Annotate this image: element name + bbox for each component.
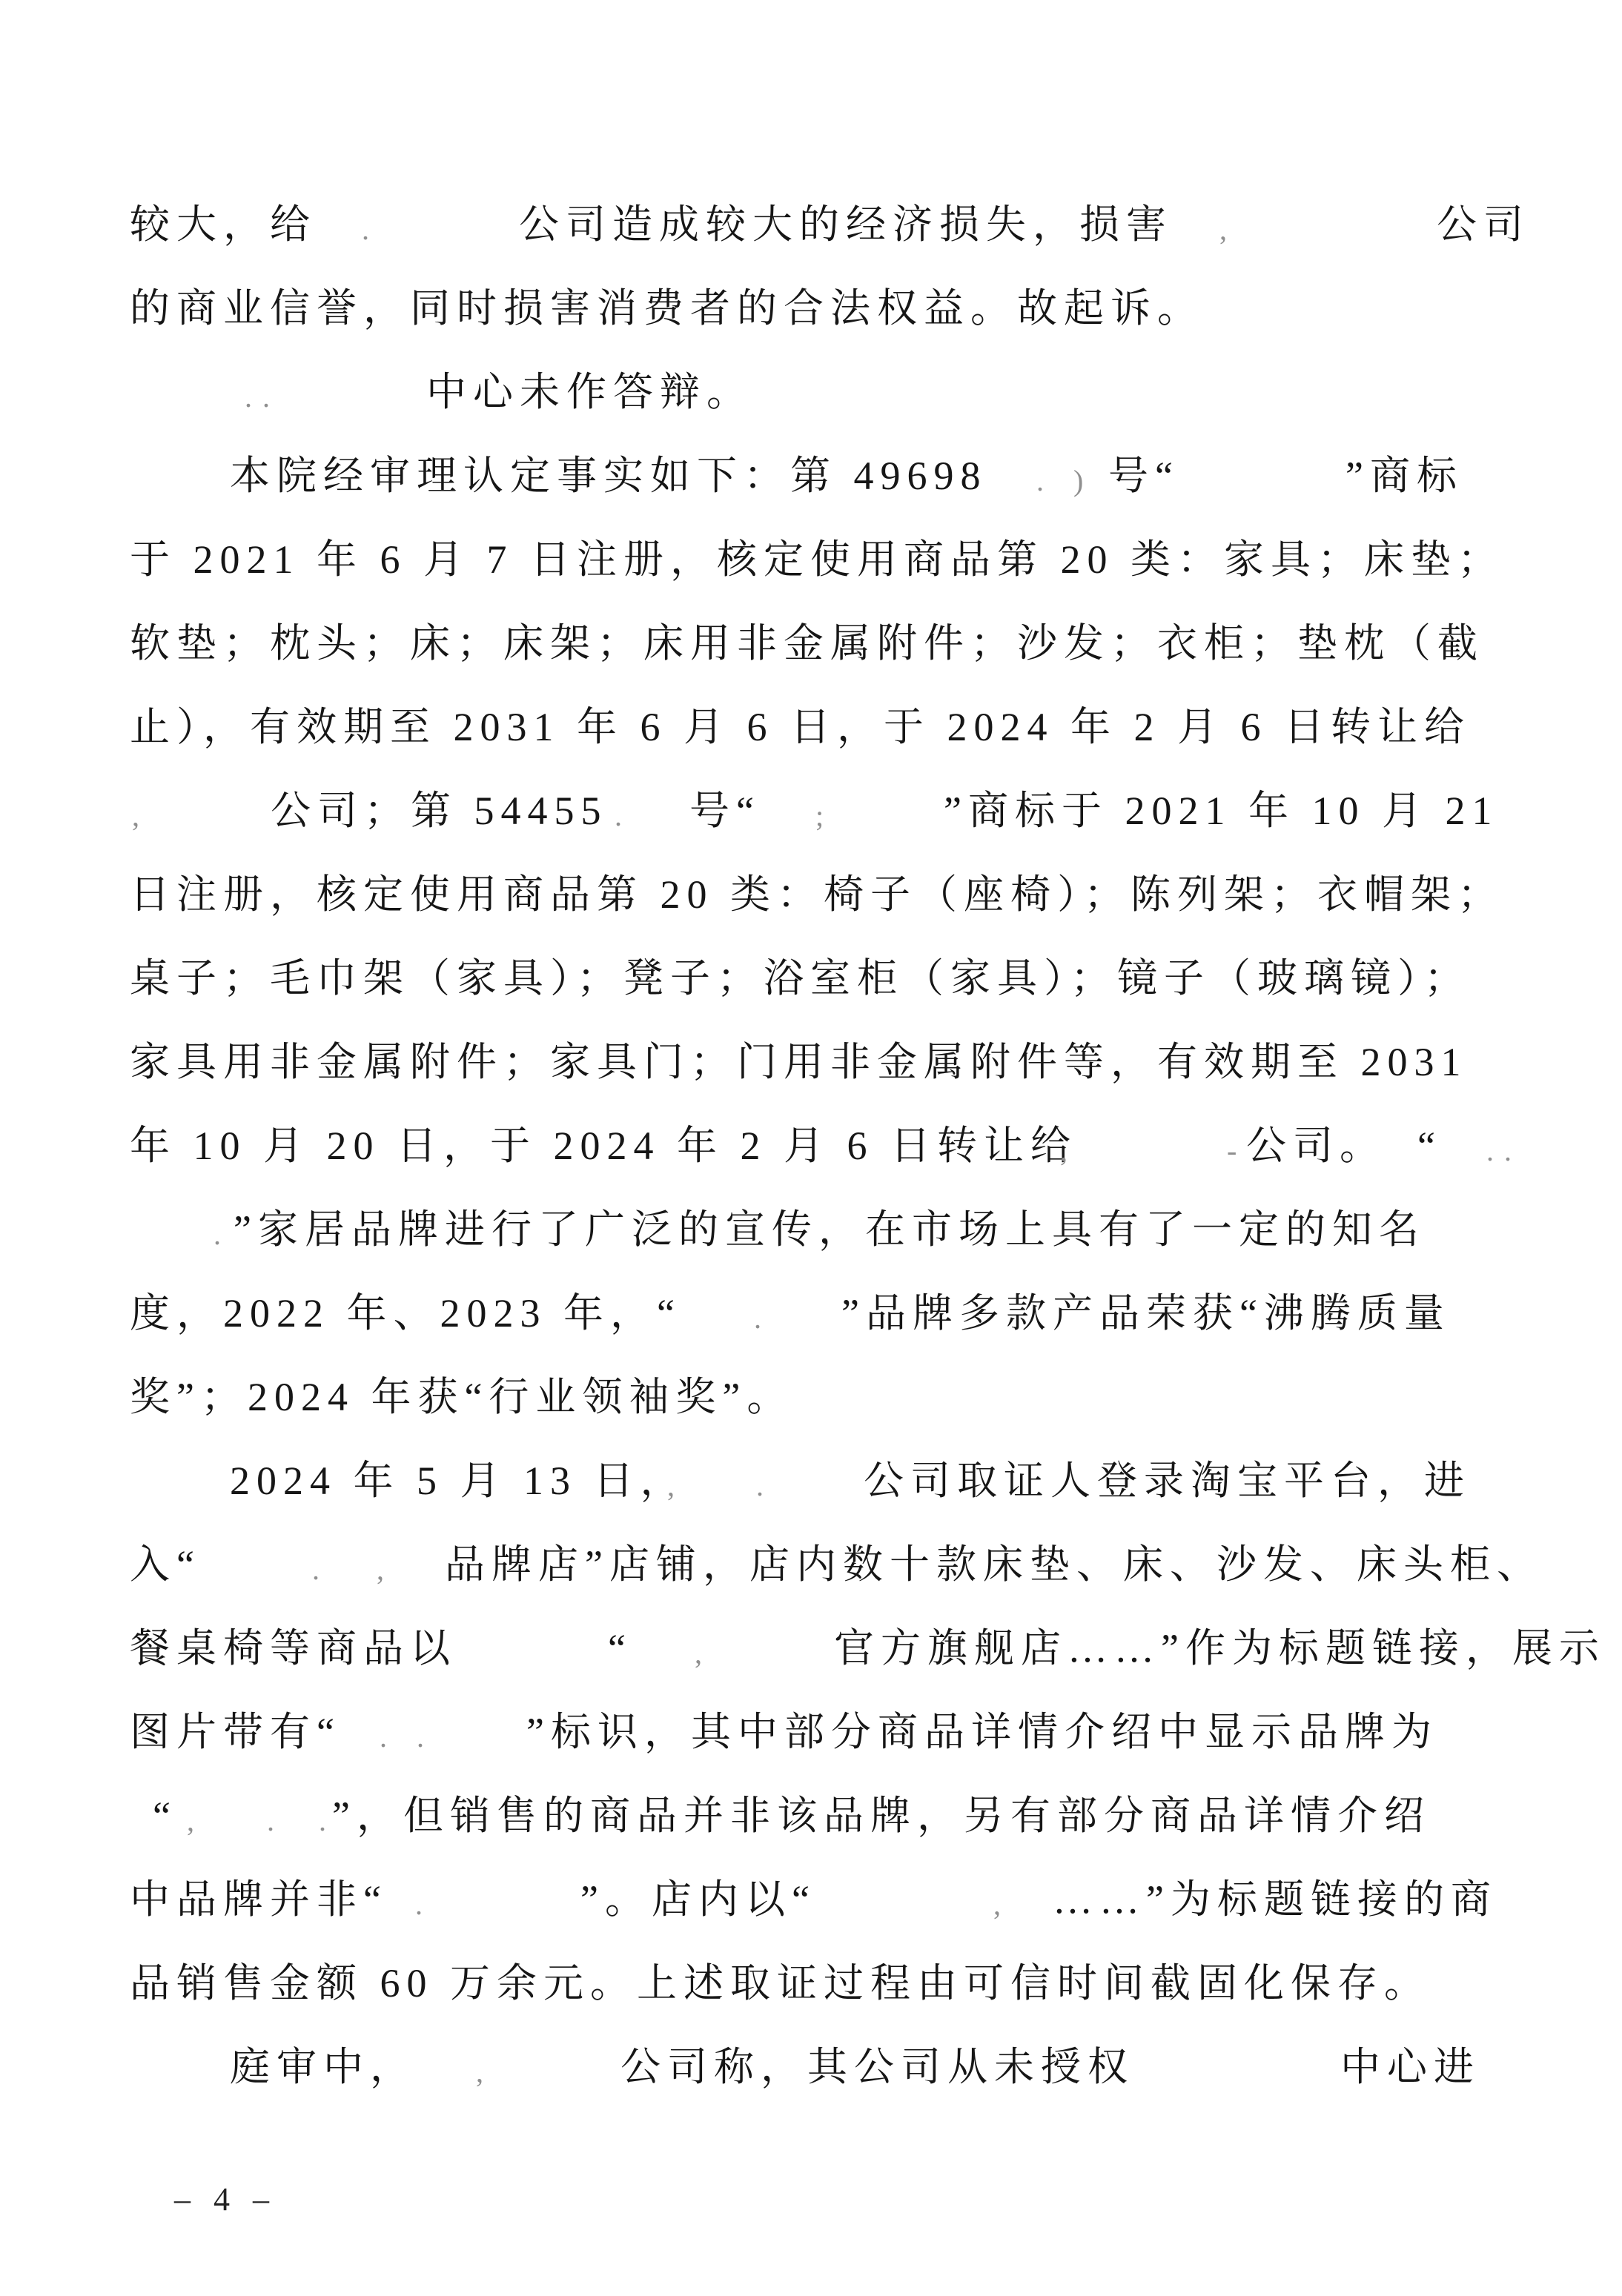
- text-segment: 庭审中，: [230, 2044, 417, 2090]
- text-line: 品销售金额 60 万余元。上述取证过程由可信时间截固化保存。: [0, 1960, 1622, 2012]
- text-line: . .中心未作答辩。: [0, 369, 1622, 421]
- redaction-remnant: . .: [1486, 1133, 1513, 1169]
- text-segment: 公司造成较大的经济损失，损害: [519, 202, 1173, 248]
- text-segment: 中心未作答辩。: [426, 369, 753, 415]
- redaction-remnant: .: [417, 1719, 426, 1755]
- text-segment: 公司。: [1246, 1123, 1386, 1169]
- text-segment: ”品牌多款产品荣获“沸腾质量: [841, 1290, 1451, 1336]
- text-segment: 图片带有“: [130, 1709, 341, 1755]
- text-line: 的商业信誉，同时损害消费者的合法权益。故起诉。: [0, 285, 1622, 337]
- text-line: 软垫；枕头；床；床架；床用非金属附件；沙发；衣柜；垫枕（截: [0, 620, 1622, 672]
- text-segment: 家具用非金属附件；家具门；门用非金属附件等，有效期至 2031: [130, 1039, 1468, 1085]
- text-segment: ”，但销售的商品并非该品牌，另有部分商品详情介绍: [332, 1793, 1431, 1839]
- redaction-remnant: ,: [187, 1803, 196, 1839]
- text-line: 2024 年 5 月 13 日，,.公司取证人登录淘宝平台，进: [0, 1458, 1622, 1510]
- redaction-remnant: .: [267, 1803, 276, 1839]
- text-segment: 中品牌并非“: [130, 1877, 388, 1922]
- text-line: 止），有效期至 2031 年 6 月 6 日，于 2024 年 2 月 6 日转…: [0, 704, 1622, 756]
- redaction-remnant: ,: [1060, 1133, 1069, 1169]
- redaction-remnant: ,: [993, 1887, 1002, 1922]
- text-segment: “: [153, 1793, 177, 1839]
- text-line: 本院经审理认定事实如下：第 49698.)号“”商标: [0, 453, 1622, 505]
- text-line: .”家居品牌进行了广泛的宣传，在市场上具有了一定的知名: [0, 1207, 1622, 1258]
- text-segment: 品销售金额 60 万余元。上述取证过程由可信时间截固化保存。: [130, 1960, 1431, 2006]
- redaction-remnant: ,: [667, 1468, 676, 1504]
- text-segment: ”。店内以“: [580, 1877, 816, 1922]
- text-segment: 公司；第 54455: [271, 788, 608, 834]
- redaction-remnant: ,: [132, 798, 141, 834]
- text-segment: 的商业信誉，同时损害消费者的合法权益。故起诉。: [130, 285, 1204, 331]
- text-segment: 软垫；枕头；床；床架；床用非金属附件；沙发；衣柜；垫枕（截: [130, 620, 1484, 666]
- text-segment: 入“: [130, 1542, 201, 1587]
- text-line: 奖”；2024 年获“行业领袖奖”。: [0, 1374, 1622, 1426]
- text-segment: 官方旗舰店……”作为标题链接，展示: [834, 1625, 1606, 1671]
- text-line: ,公司；第 54455.号“;”商标于 2021 年 10 月 21: [0, 788, 1622, 840]
- text-segment: 公司: [1437, 202, 1530, 248]
- text-segment: 较大，给: [130, 202, 317, 248]
- document-page: 较大，给.公司造成较大的经济损失，损害,公司的商业信誉，同时损害消费者的合法权益…: [0, 0, 1622, 2296]
- text-segment: ”家居品牌进行了广泛的宣传，在市场上具有了一定的知名: [234, 1207, 1426, 1252]
- text-segment: 公司取证人登录淘宝平台，进: [864, 1458, 1471, 1504]
- text-segment: 号“: [689, 788, 761, 834]
- text-line: 中品牌并非“.”。店内以“,……”为标题链接的商: [0, 1877, 1622, 1928]
- redaction-remnant: ): [1073, 463, 1085, 499]
- text-line: 日注册，核定使用商品第 20 类：椅子（座椅）；陈列架；衣帽架；: [0, 872, 1622, 923]
- redaction-remnant: .: [756, 1468, 765, 1504]
- text-line: 年 10 月 20 日，于 2024 年 2 月 6 日转让给,-公司。“. .: [0, 1123, 1622, 1175]
- text-segment: 奖”；2024 年获“行业领袖奖”。: [130, 1374, 793, 1420]
- text-line: 于 2021 年 6 月 7 日注册，核定使用商品第 20 类：家具；床垫；: [0, 537, 1622, 588]
- text-segment: 度，2022 年、2023 年，“: [130, 1290, 681, 1336]
- redaction-remnant: .: [754, 1301, 763, 1336]
- text-segment: 号“: [1108, 453, 1179, 499]
- redaction-remnant: ,: [476, 2054, 485, 2090]
- redaction-remnant: .: [380, 1719, 388, 1755]
- text-segment: ”商标于 2021 年 10 月 21: [944, 788, 1498, 834]
- text-line: 较大，给.公司造成较大的经济损失，损害,公司: [0, 202, 1622, 253]
- text-segment: 止），有效期至 2031 年 6 月 6 日，于 2024 年 2 月 6 日转…: [130, 704, 1471, 750]
- text-segment: 桌子；毛巾架（家具）；凳子；浴室柜（家具）；镜子（玻璃镜）；: [130, 955, 1471, 1001]
- redaction-remnant: ;: [815, 798, 825, 834]
- redaction-remnant: ,: [377, 1552, 385, 1587]
- redaction-remnant: .: [213, 1217, 222, 1252]
- redaction-remnant: .: [415, 1887, 424, 1922]
- text-segment: ”商标: [1345, 453, 1463, 499]
- redaction-remnant: .: [1036, 463, 1045, 499]
- text-segment: “: [608, 1625, 632, 1671]
- text-segment: 年 10 月 20 日，于 2024 年 2 月 6 日转让给: [130, 1123, 1077, 1169]
- text-line: 图片带有“..”标识，其中部分商品详情介绍中显示品牌为: [0, 1709, 1622, 1761]
- text-line: 餐桌椅等商品以“,官方旗舰店……”作为标题链接，展示: [0, 1625, 1622, 1677]
- page-number: – 4 –: [174, 2180, 277, 2218]
- text-line: 家具用非金属附件；家具门；门用非金属附件等，有效期至 2031: [0, 1039, 1622, 1091]
- text-segment: 公司称，其公司从未授权: [620, 2044, 1134, 2090]
- text-line: 桌子；毛巾架（家具）；凳子；浴室柜（家具）；镜子（玻璃镜）；: [0, 955, 1622, 1007]
- text-segment: 品牌店”店铺，店内数十款床垫、床、沙发、床头柜、: [445, 1542, 1543, 1587]
- redaction-remnant: ,: [1219, 212, 1228, 248]
- redaction-remnant: .: [319, 1803, 328, 1839]
- redaction-remnant: ,: [695, 1636, 704, 1671]
- text-segment: ……”为标题链接的商: [1053, 1877, 1497, 1922]
- text-segment: 本院经审理认定事实如下：第 49698: [230, 453, 987, 499]
- text-segment: 于 2021 年 6 月 7 日注册，核定使用商品第 20 类：家具；床垫；: [130, 537, 1504, 583]
- redaction-remnant: -: [1227, 1133, 1238, 1169]
- text-segment: “: [1417, 1123, 1442, 1169]
- text-segment: 餐桌椅等商品以: [130, 1625, 457, 1671]
- text-line: “,..”，但销售的商品并非该品牌，另有部分商品详情介绍: [0, 1793, 1622, 1845]
- text-line: 入“.,品牌店”店铺，店内数十款床垫、床、沙发、床头柜、: [0, 1542, 1622, 1593]
- redaction-remnant: .: [615, 798, 623, 834]
- text-segment: 中心进: [1340, 2044, 1480, 2090]
- redaction-remnant: . .: [245, 379, 271, 415]
- text-segment: ”标识，其中部分商品详情介绍中显示品牌为: [526, 1709, 1438, 1755]
- text-segment: 2024 年 5 月 13 日，: [230, 1458, 687, 1504]
- text-line: 度，2022 年、2023 年，“.”品牌多款产品荣获“沸腾质量: [0, 1290, 1622, 1342]
- text-segment: 日注册，核定使用商品第 20 类：椅子（座椅）；陈列架；衣帽架；: [130, 872, 1504, 918]
- redaction-remnant: .: [362, 212, 371, 248]
- text-line: 庭审中，,公司称，其公司从未授权中心进: [0, 2044, 1622, 2096]
- redaction-remnant: .: [312, 1552, 321, 1587]
